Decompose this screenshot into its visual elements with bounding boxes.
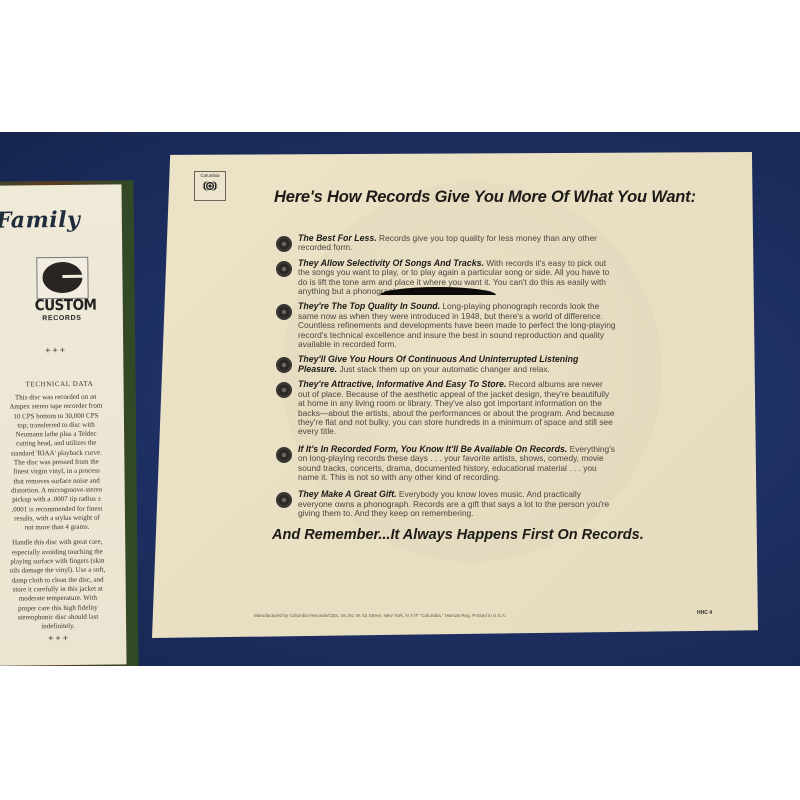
manufacturer-footer: Manufactured by Columbia Records/CBS, In…: [254, 613, 506, 618]
record-disc-icon: [276, 492, 292, 508]
sleeve-headline: Here's How Records Give You More Of What…: [274, 188, 696, 207]
custom-logo-word: CUSTOM: [35, 298, 89, 314]
benefit-item: They'll Give You Hours Of Continuous And…: [276, 355, 616, 374]
record-disc-icon: [276, 382, 292, 398]
custom-logo-subword: RECORDS: [35, 315, 89, 323]
benefit-body: Record albums are never out of place. Be…: [298, 379, 615, 436]
inner-sleeve: Columbia Here's How Records Give You Mor…: [152, 152, 758, 638]
benefit-item: They're The Top Quality In Sound. Long-p…: [276, 302, 616, 349]
record-disc-icon: [276, 357, 292, 373]
album-jacket-back: Family CUSTOM RECORDS +++ TECHNICAL DATA…: [0, 184, 127, 665]
columbia-logo-word: Columbia: [195, 173, 225, 178]
end-mark: +++: [48, 633, 70, 643]
closing-slogan: And Remember...It Always Happens First O…: [272, 527, 644, 543]
sleeve-code: HHC 4: [697, 610, 712, 616]
photo-scene: Family CUSTOM RECORDS +++ TECHNICAL DATA…: [0, 132, 800, 666]
technical-paragraph: This disc was recorded on an Ampex stere…: [8, 393, 105, 533]
technical-data-title: TECHNICAL DATA: [26, 380, 94, 389]
record-disc-icon: [276, 447, 292, 463]
record-disc-icon: [276, 304, 292, 320]
columbia-walking-eye-icon: [202, 181, 218, 191]
record-disc-icon: [276, 236, 292, 252]
album-title-fragment: Family: [0, 207, 80, 234]
divider-mark: +++: [45, 345, 67, 355]
benefit-item: They Make A Great Gift. Everybody you kn…: [276, 490, 616, 518]
benefit-list: The Best For Less. Records give you top …: [276, 234, 616, 519]
technical-data-text: This disc was recorded on an Ampex stere…: [8, 393, 107, 638]
record-disc-icon: [276, 261, 292, 277]
custom-records-logo: CUSTOM RECORDS: [34, 257, 89, 328]
benefit-body: Just stack them up on your automatic cha…: [339, 364, 549, 374]
benefit-item: If It's In Recorded Form, You Know It'll…: [276, 445, 616, 483]
technical-paragraph: Handle this disc with great care, especi…: [9, 538, 106, 632]
benefit-item: The Best For Less. Records give you top …: [276, 234, 616, 253]
album-jacket: Family CUSTOM RECORDS +++ TECHNICAL DATA…: [0, 180, 139, 666]
custom-records-logo-box: [36, 257, 88, 300]
columbia-logo: Columbia: [194, 171, 226, 201]
custom-records-disc-icon: [42, 262, 82, 293]
benefit-item: They're Attractive, Informative And Easy…: [276, 380, 616, 436]
